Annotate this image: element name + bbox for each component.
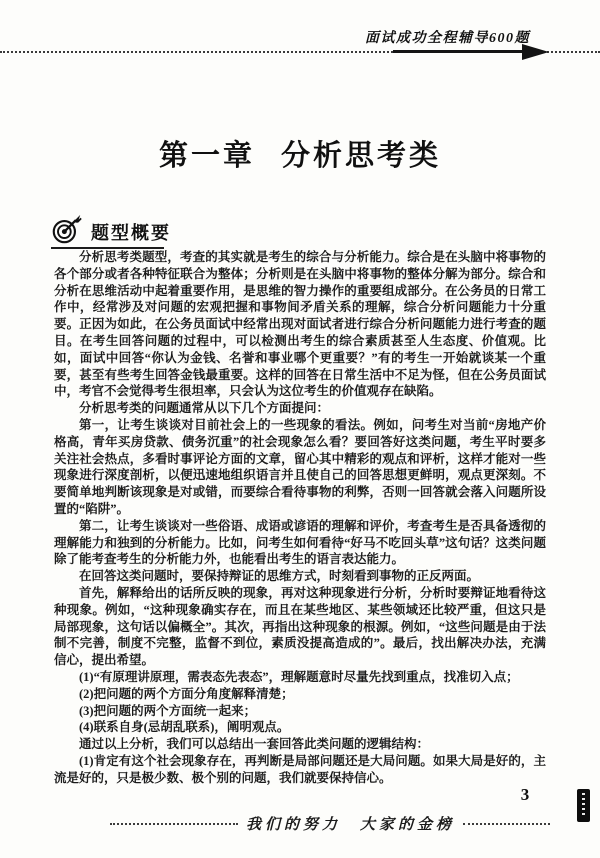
- chapter-name: 分析思考类: [281, 140, 441, 172]
- footer-rule: 我们的努力 大家的金榜: [110, 813, 550, 834]
- paragraph: 第二，让考生谈谈对一些俗语、成语或谚语的理解和评价，考查考生是否具备透彻的理解能…: [54, 518, 546, 568]
- edge-tab-marks: [582, 793, 585, 818]
- footer-slogan: 我们的努力 大家的金榜: [246, 813, 455, 834]
- paragraph: (2)回答时核心在于分析现象是否符合党和国家的政策、社会进步的要求，判断这种现象…: [54, 787, 546, 788]
- paragraph: 分析思考类的问题通常从以下几个方面提问：: [54, 400, 546, 417]
- footer-dash-left: [110, 823, 238, 825]
- paragraph: 第一，让考生谈谈对目前社会上的一些现象的看法。例如，问考生对当前“房地产价格高，…: [54, 417, 546, 518]
- paragraph: 通过以上分析，我们可以总结出一套回答此类问题的逻辑结构：: [54, 736, 546, 753]
- book-title: 面试成功全程辅导600题: [355, 27, 540, 47]
- chapter-edge-tab: [577, 789, 590, 822]
- body-text: 分析思考类题型，考查的其实就是考生的综合与分析能力。综合是在头脑中将事物的各个部…: [54, 249, 546, 787]
- footer-dash-right: [463, 823, 550, 825]
- paragraph: (1)“有原理讲原理，需表态先表态”，理解题意时尽量先找到重点，找准切入点；: [54, 669, 546, 686]
- arrow-right-icon: [522, 44, 549, 60]
- chapter-title: 第一章分析思考类: [0, 133, 600, 174]
- header-title-underline: [393, 50, 531, 53]
- paragraph: (2)把问题的两个方面分角度解释清楚；: [54, 686, 546, 703]
- paragraph: (4)联系自身(忌胡乱联系)，阐明观点。: [54, 719, 546, 736]
- section-heading: 题型概要: [52, 214, 171, 249]
- paragraph: 在回答这类问题时，要保持辩证的思维方式，时刻看到事物的正反两面。: [54, 568, 546, 585]
- paragraph: (3)把问题的两个方面统一起来；: [54, 703, 546, 720]
- paragraph: 分析思考类题型，考查的其实就是考生的综合与分析能力。综合是在头脑中将事物的各个部…: [54, 249, 546, 400]
- paragraph: 首先，解释给出的话所反映的现象，再对这种现象进行分析，分析时要辩证地看待这种现象…: [54, 585, 546, 669]
- chapter-number: 第一章: [159, 140, 255, 172]
- section-heading-label: 题型概要: [91, 219, 171, 245]
- paragraph: (1)肯定有这个社会现象存在，再判断是局部问题还是大局问题。如果大局是好的，主流…: [54, 753, 546, 787]
- page-number: 3: [510, 785, 540, 805]
- book-page: 面试成功全程辅导600题 第一章分析思考类 题型概要 分析思考类题型，考查的其实…: [0, 0, 600, 858]
- dartboard-icon: [52, 214, 82, 249]
